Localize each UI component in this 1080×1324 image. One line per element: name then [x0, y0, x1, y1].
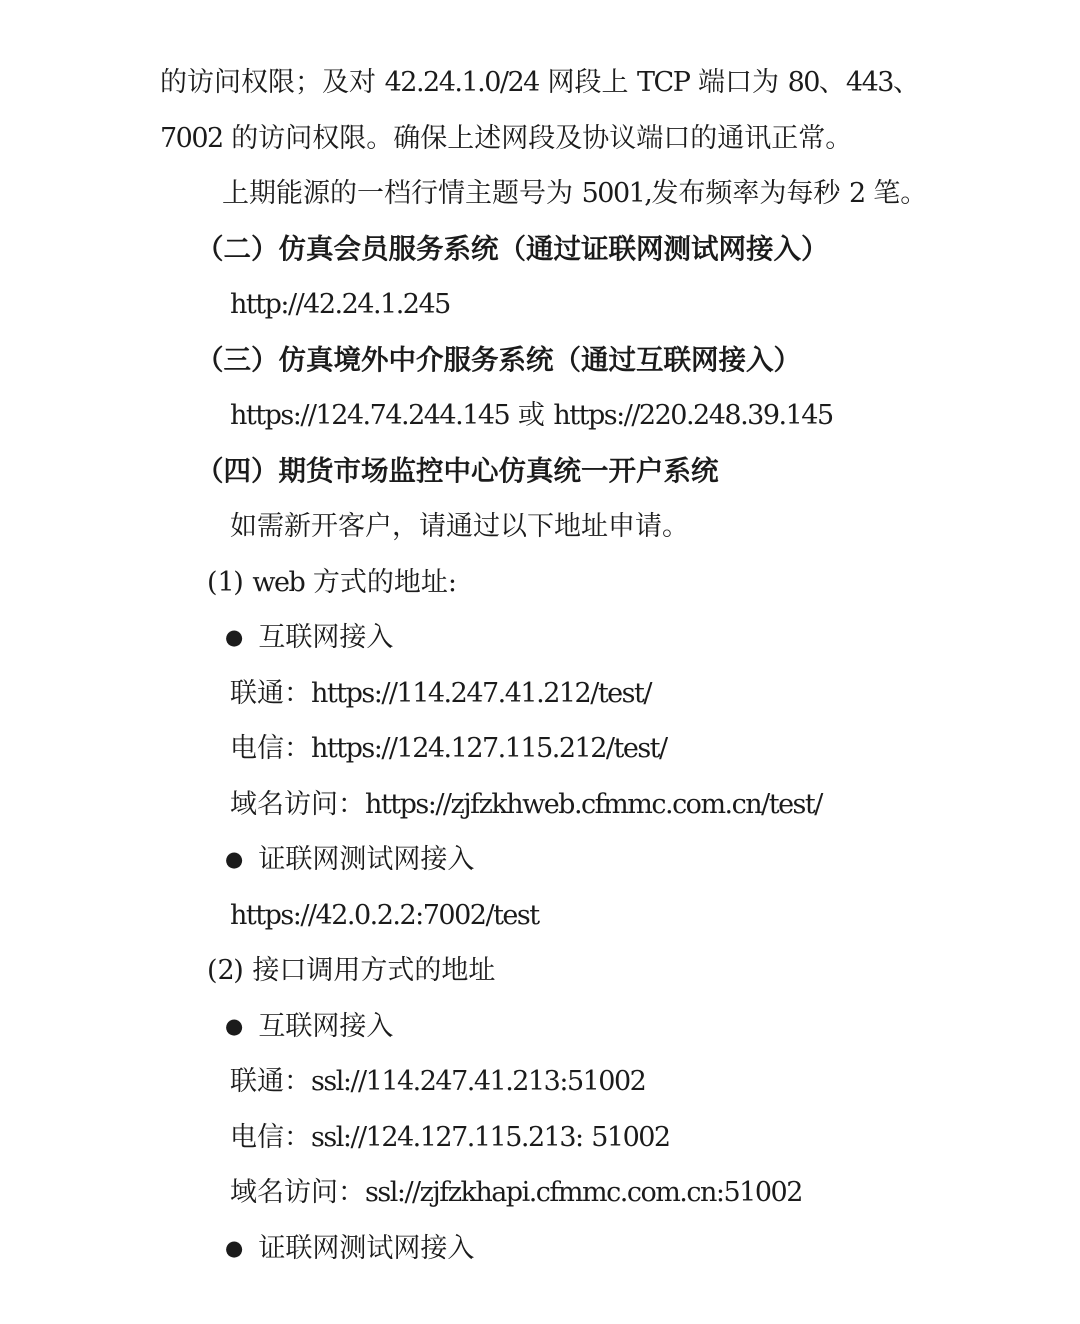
line-text: 7002 的访问权限。确保上述网段及协议端口的通讯正常。: [160, 125, 852, 152]
line-text: 域名访问：ssl://zjfzkhapi.cfmmc.com.cn:51002: [230, 1179, 802, 1206]
bullet-item: ●证联网测试网接入: [0, 1221, 1080, 1277]
line-text: 电信：https://124.127.115.212/test/: [230, 735, 667, 762]
line-text: 证联网测试网接入: [258, 1235, 474, 1262]
body-text-line: 如需新开客户，请通过以下地址申请。: [0, 499, 1080, 555]
bullet-icon: ●: [225, 1238, 243, 1259]
line-text: https://124.74.244.145 或 https://220.248…: [230, 402, 833, 429]
address-line: 电信：ssl://124.127.115.213: 51002: [0, 1110, 1080, 1166]
numbered-item: (2) 接口调用方式的地址: [0, 943, 1080, 999]
bullet-icon: ●: [225, 627, 243, 648]
line-text: 域名访问：https://zjfzkhweb.cfmmc.com.cn/test…: [230, 791, 822, 818]
address-line: http://42.24.1.245: [0, 277, 1080, 333]
address-line: 电信：https://124.127.115.212/test/: [0, 721, 1080, 777]
bullet-item: ●互联网接入: [0, 610, 1080, 666]
address-line: 域名访问：ssl://zjfzkhapi.cfmmc.com.cn:51002: [0, 1165, 1080, 1221]
line-text: 联通：ssl://114.247.41.213:51002: [230, 1068, 645, 1095]
line-text: （三）仿真境外中介服务系统（通过互联网接入）: [196, 347, 801, 375]
line-text: 电信：ssl://124.127.115.213: 51002: [230, 1124, 670, 1151]
paragraph-line: 上期能源的一档行情主题号为 5001,发布频率为每秒 2 笔。: [0, 166, 1080, 222]
section-heading: （三）仿真境外中介服务系统（通过互联网接入）: [0, 333, 1080, 389]
bullet-item: ●互联网接入: [0, 999, 1080, 1055]
section-heading: （四）期货市场监控中心仿真统一开户系统: [0, 444, 1080, 500]
line-text: （二）仿真会员服务系统（通过证联网测试网接入）: [196, 236, 829, 264]
body-text-line: 的访问权限；及对 42.24.1.0/24 网段上 TCP 端口为 80、443…: [0, 55, 1080, 111]
body-text-line: 7002 的访问权限。确保上述网段及协议端口的通讯正常。: [0, 111, 1080, 167]
line-text: 上期能源的一档行情主题号为 5001,发布频率为每秒 2 笔。: [222, 180, 927, 207]
bullet-icon: ●: [225, 849, 243, 870]
line-text: https://42.0.2.2:7002/test: [230, 902, 539, 929]
line-text: (2) 接口调用方式的地址: [207, 957, 495, 984]
bullet-icon: ●: [225, 1016, 243, 1037]
address-line: https://124.74.244.145 或 https://220.248…: [0, 388, 1080, 444]
address-line: https://42.0.2.2:7002/test: [0, 888, 1080, 944]
document-page: 的访问权限；及对 42.24.1.0/24 网段上 TCP 端口为 80、443…: [0, 0, 1080, 1324]
numbered-item: (1) web 方式的地址:: [0, 555, 1080, 611]
address-line: 域名访问：https://zjfzkhweb.cfmmc.com.cn/test…: [0, 777, 1080, 833]
line-text: （四）期货市场监控中心仿真统一开户系统: [196, 458, 719, 486]
line-text: 互联网接入: [258, 1013, 393, 1040]
bullet-item: ●证联网测试网接入: [0, 832, 1080, 888]
line-text: 互联网接入: [258, 624, 393, 651]
address-line: 联通：ssl://114.247.41.213:51002: [0, 1054, 1080, 1110]
line-text: 联通：https://114.247.41.212/test/: [230, 680, 651, 707]
address-line: 联通：https://114.247.41.212/test/: [0, 666, 1080, 722]
section-heading: （二）仿真会员服务系统（通过证联网测试网接入）: [0, 222, 1080, 278]
line-text: 证联网测试网接入: [258, 846, 474, 873]
line-text: 如需新开客户，请通过以下地址申请。: [230, 513, 689, 540]
line-text: (1) web 方式的地址:: [207, 569, 455, 596]
line-text: http://42.24.1.245: [230, 291, 450, 318]
line-text: 的访问权限；及对 42.24.1.0/24 网段上 TCP 端口为 80、443…: [160, 69, 920, 96]
